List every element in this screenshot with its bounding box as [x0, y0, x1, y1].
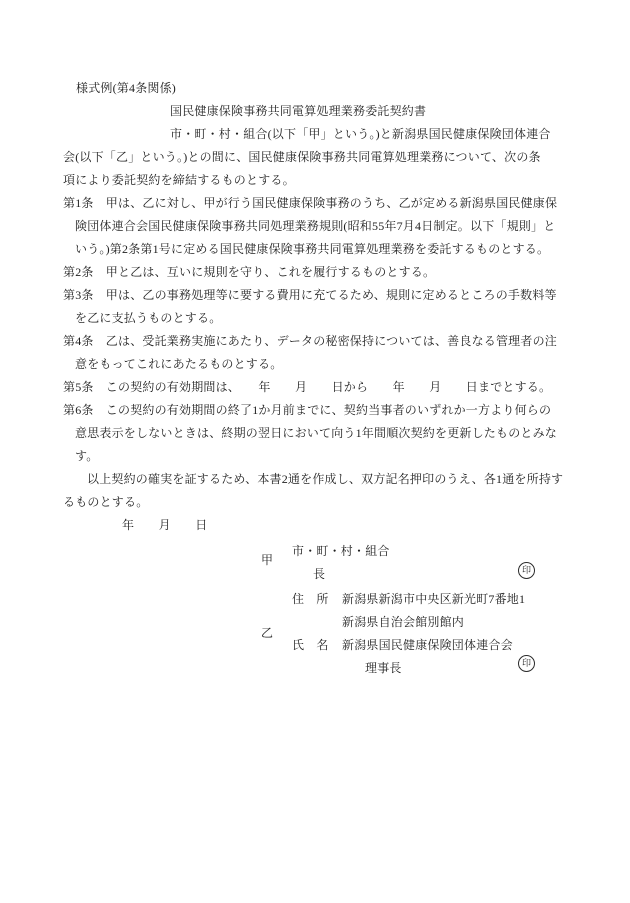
kou-seal-icon: 印: [518, 562, 535, 579]
body-line: 会(以下「乙」という。)との間に、国民健康保険事務共同電算処理業務について、次の…: [63, 146, 603, 169]
body-line: るものとする。: [63, 491, 603, 514]
party-otsu-label: 乙: [261, 627, 273, 640]
body-lines-container: 市・町・村・組合(以下「甲」という。)と新潟県国民健康保険団体連合会(以下「乙」…: [63, 123, 603, 537]
date-line: 年 月 日: [122, 514, 603, 537]
otsu-representative-title: 理事長: [365, 662, 402, 675]
form-label: 様式例(第4条関係): [76, 77, 603, 100]
body-line: 第4条 乙は、受託業務実施にあたり、データの秘密保持については、善良なる管理者の…: [63, 330, 603, 353]
body-line: 第2条 甲と乙は、互いに規則を守り、これを履行するものとする。: [63, 261, 603, 284]
body-line: 市・町・村・組合(以下「甲」という。)と新潟県国民健康保険団体連合: [170, 123, 603, 146]
body-line: 第5条 この契約の有効期間は、 年 月 日から 年 月 日までとする。: [63, 376, 603, 399]
body-line: を乙に支払うものとする。: [75, 307, 603, 330]
body-line: 第3条 甲は、乙の事務処理等に要する費用に充てるため、規則に定めるところの手数料…: [63, 284, 603, 307]
body-line: いう。)第2条第1号に定める国民健康保険事務共同電算処理業務を委託するものとする…: [75, 238, 603, 261]
party-kou-label: 甲: [261, 554, 273, 567]
body-line: 意をもってこれにあたるものとする。: [75, 353, 603, 376]
body-line: 第1条 甲は、乙に対し、甲が行う国民健康保険事務のうち、乙が定める新潟県国民健康…: [63, 192, 603, 215]
otsu-address-value: 新潟県新潟市中央区新光町7番地1: [342, 593, 525, 606]
contract-title: 国民健康保険事務共同電算処理業務委託契約書: [170, 100, 603, 123]
otsu-seal-icon: 印: [518, 655, 535, 672]
body-line: 険団体連合会国民健康保険事務共同処理業務規則(昭和55年7月4日制定。以下「規則…: [75, 215, 603, 238]
kou-head-title: 長: [313, 568, 325, 581]
kou-organization: 市・町・村・組合: [292, 545, 390, 558]
body-line: 意思表示をしないときは、終期の翌日において向う1年間順次契約を更新したものとみな: [75, 422, 603, 445]
body-line: す。: [75, 445, 603, 468]
otsu-name-value: 新潟県国民健康保険団体連合会: [342, 639, 513, 652]
otsu-address-label: 住 所: [292, 593, 329, 606]
contract-page: 様式例(第4条関係) 国民健康保険事務共同電算処理業務委託契約書 市・町・村・組…: [0, 0, 630, 903]
contract-body: 様式例(第4条関係) 国民健康保険事務共同電算処理業務委託契約書 市・町・村・組…: [63, 77, 603, 537]
body-line: 第6条 この契約の有効期間の終了1か月前までに、契約当事者のいずれか一方より何ら…: [63, 399, 603, 422]
otsu-address-value2: 新潟県自治会館別館内: [342, 616, 464, 629]
body-line: 以上契約の確実を証するため、本書2通を作成し、双方記名押印のうえ、各1通を所持す: [87, 468, 603, 491]
otsu-name-label: 氏 名: [292, 639, 329, 652]
body-line: 項により委託契約を締結するものとする。: [63, 169, 603, 192]
